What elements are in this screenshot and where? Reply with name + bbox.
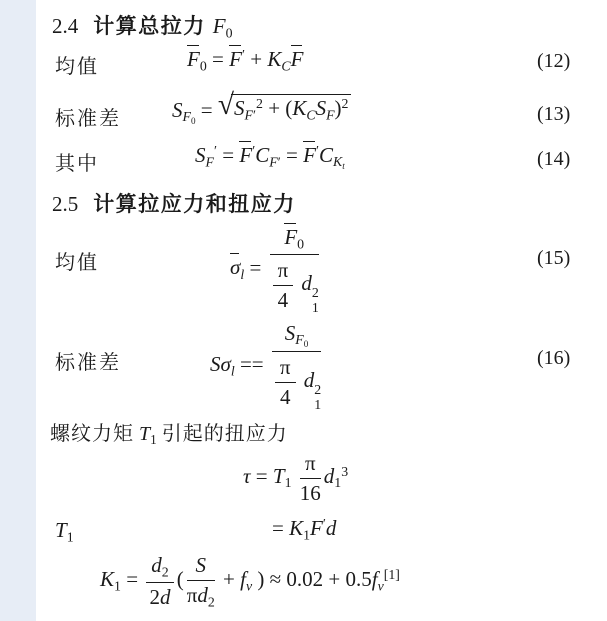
equation-12-formula: F0 = F′ + KCF <box>187 47 303 74</box>
equation-number-12: (12) <box>537 50 570 73</box>
paragraph-suffix: 引起的扭应力 <box>162 423 288 445</box>
equation-t1-rhs: = K1F′d <box>272 516 336 543</box>
section-2-4-variable: F0 <box>213 14 233 38</box>
section-heading-2-4: 2.4计算总拉力F0 <box>52 10 233 41</box>
row-label-stddev: 标准差 <box>55 102 121 131</box>
section-title-2-4: 计算总拉力 <box>93 15 206 38</box>
equation-number-14: (14) <box>537 148 570 171</box>
equation-k1-formula: K1 = d22d(Sπd2 + fv ) ≈ 0.02 + 0.5fv[1] <box>100 552 400 610</box>
section-number-2-5: 2.5 <box>52 192 78 216</box>
equation-tau-formula: τ = T1 π16d13 <box>243 450 348 506</box>
document-page: 2.4计算总拉力F0 均值 F0 = F′ + KCF (12) 标准差 SF0… <box>0 0 607 621</box>
section-title-2-5: 计算拉应力和扭应力 <box>93 193 296 216</box>
section-heading-2-5: 2.5计算拉应力和扭应力 <box>52 188 303 218</box>
row-label-mean-2: 均值 <box>55 246 99 275</box>
paragraph-text: 螺纹力矩T1引起的扭应力 <box>50 417 288 448</box>
equation-number-15: (15) <box>537 247 570 270</box>
equation-13-formula: SF0 = √SF′2 + (KCSF)2 <box>172 94 351 126</box>
row-label-where: 其中 <box>55 147 99 176</box>
paragraph-t1-variable: T1 <box>139 423 157 445</box>
page-margin-strip <box>0 0 36 621</box>
equation-16-formula: Sσl == SF0π4 d21 <box>210 320 324 412</box>
row-label-mean: 均值 <box>55 50 99 79</box>
equation-number-13: (13) <box>537 103 570 126</box>
row-label-stddev-2: 标准差 <box>55 346 121 375</box>
equation-14-formula: SF′ = F′CF′ = F′CKt <box>195 143 345 171</box>
section-number-2-4: 2.4 <box>52 14 78 38</box>
equation-15-formula: σl = F0π4 d21 <box>230 224 322 315</box>
equation-t1-lhs: T1 <box>55 518 74 545</box>
paragraph-prefix: 螺纹力矩 <box>50 423 134 445</box>
equation-number-16: (16) <box>537 347 570 370</box>
